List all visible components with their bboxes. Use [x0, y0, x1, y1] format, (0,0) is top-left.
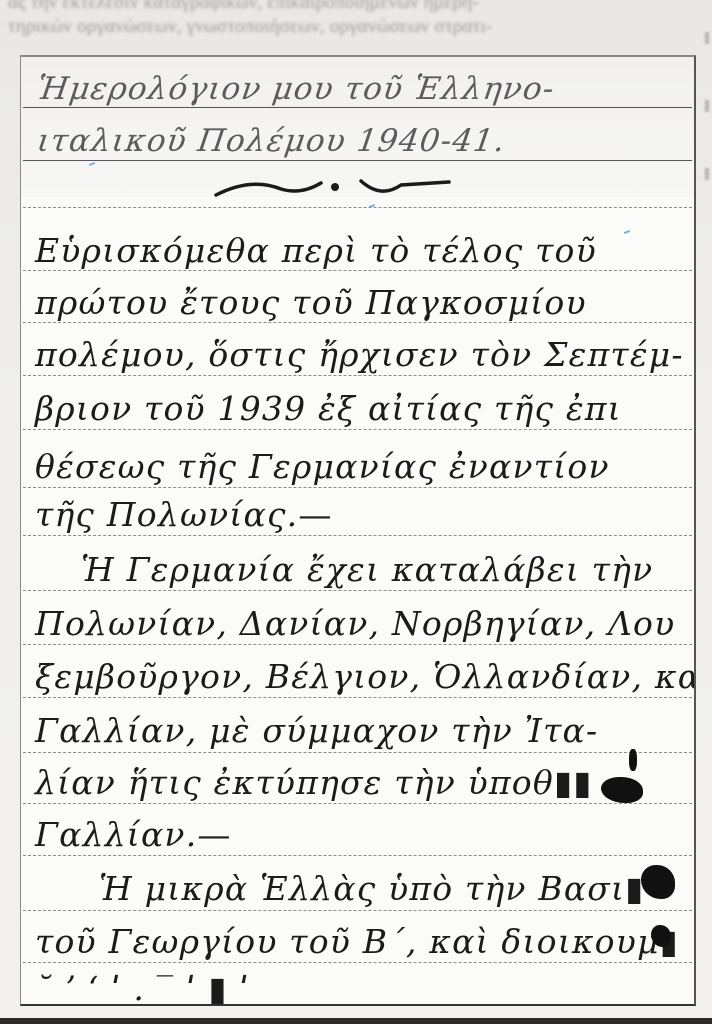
diary-body-line: τῆς Πολωνίας.— — [35, 495, 333, 534]
ink-blot — [651, 925, 671, 947]
diary-body-line: Πολωνίαν, Δανίαν, Νορβηγίαν, Λου — [35, 604, 675, 643]
margin-mark — [705, 32, 709, 44]
ruled-line — [23, 107, 692, 108]
ink-blot — [629, 749, 637, 771]
diary-body-line: πρώτου ἔτους τοῦ Παγκοσμίου — [35, 283, 587, 322]
printed-book-text-line-1: ας την εκτέλεσιν καταγραφικών, επικαιροπ… — [8, 0, 688, 14]
diary-body-line: βριον τοῦ 1939 ἐξ αἰτίας τῆς ἐπι — [35, 389, 622, 428]
scan-bottom-edge — [0, 1018, 712, 1024]
blue-ink-speck — [624, 230, 630, 234]
ruled-line — [23, 487, 692, 488]
diary-body-line: Εὑρισκόμεθα περὶ τὸ τέλος τοῦ — [35, 231, 597, 270]
ruled-line — [23, 207, 692, 208]
ruled-line — [23, 322, 692, 323]
diary-body-line: λίαν ἥτις ἐκτύπησε τὴν ὑποθ▮▮ — [35, 763, 593, 802]
book-page-background: ας την εκτέλεσιν καταγραφικών, επικαιροπ… — [0, 0, 712, 1018]
ruled-line — [23, 803, 692, 804]
ruled-line — [23, 160, 692, 161]
margin-mark — [705, 100, 709, 112]
ink-blot — [601, 777, 643, 803]
diary-body-line-cut-off: ˘ ʼ ʻ ˈ . ‾ ˈ ▮ ˈ — [35, 969, 250, 1006]
ruled-line — [23, 644, 692, 645]
diary-title-line-1: Ἡμερολόγιον μου τοῦ Ἑλληνο- — [35, 71, 557, 107]
ornament-divider-icon — [211, 165, 471, 205]
ruled-line — [23, 375, 692, 376]
ruled-line — [23, 429, 692, 430]
diary-body-line: ξεμβοῦργον, Βέλγιον, Ὁλλανδίαν, καὶ — [35, 657, 696, 696]
ruled-line — [23, 910, 692, 911]
ruled-line — [23, 270, 692, 271]
diary-title-line-2: ιταλικοῦ Πολέμου 1940-41. — [35, 123, 508, 159]
ruled-line — [23, 697, 692, 698]
ruled-line — [23, 962, 692, 963]
diary-body-line: Ἡ μικρὰ Ἑλλὰς ὑπὸ τὴν Βασι▮ — [99, 869, 645, 908]
margin-mark — [705, 168, 709, 180]
printed-book-text-line-2: τηρικών οργανώσεων, γνωστοποιήσεων, οργα… — [8, 16, 688, 38]
ruled-line — [23, 855, 692, 856]
ink-blot — [641, 865, 675, 899]
diary-body-line: Γαλλίαν.— — [35, 815, 232, 854]
diary-body-line: Γαλλίαν, μὲ σύμμαχον τὴν Ἰτα- — [35, 711, 598, 750]
diary-body-line: θέσεως τῆς Γερμανίας ἐναντίον — [35, 447, 610, 486]
ruled-line — [23, 590, 692, 591]
ruled-line — [23, 535, 692, 536]
diary-body-line: πολέμου, ὅστις ἤρχισεν τὸν Σεπτέμ- — [35, 335, 684, 374]
diary-body-line: τοῦ Γεωργίου τοῦ Β΄, καὶ διοικουμ▮ — [35, 922, 679, 961]
diary-body-line: Ἡ Γερμανία ἔχει καταλάβει τὴν — [81, 550, 653, 589]
ruled-line — [23, 752, 692, 753]
handwritten-diary-scan: Ἡμερολόγιον μου τοῦ Ἑλληνο- ιταλικοῦ Πολ… — [20, 55, 696, 1006]
